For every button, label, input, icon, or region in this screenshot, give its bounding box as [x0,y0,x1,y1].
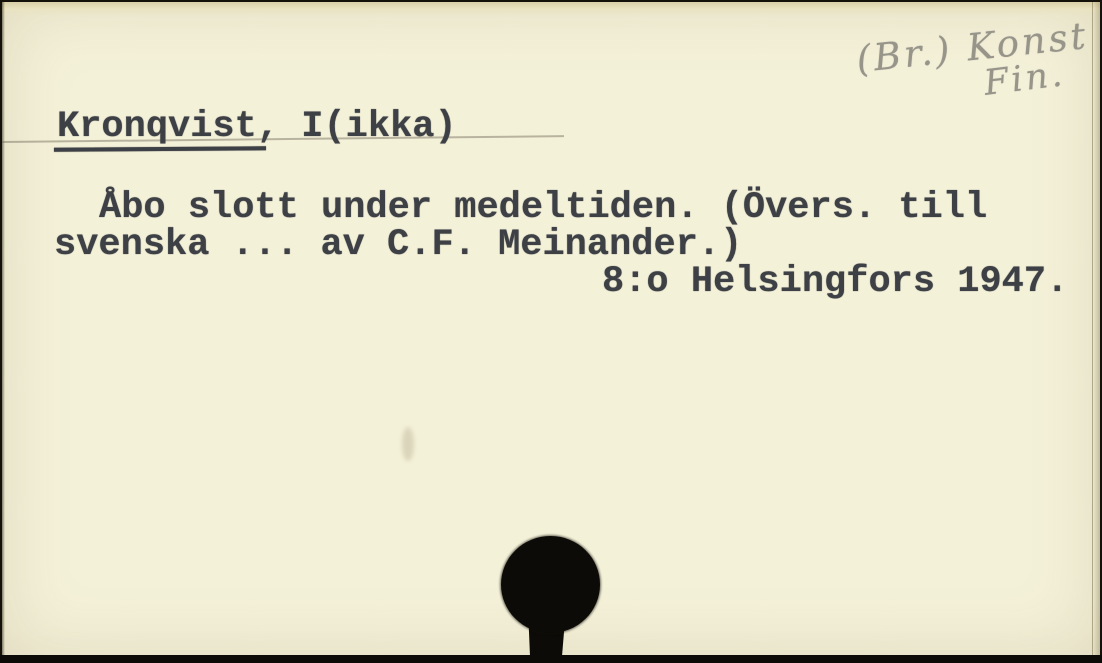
card-right-edge [1092,2,1100,656]
card-bottom-edge [0,655,1102,663]
card-top-edge [2,2,1100,16]
punch-hole [501,536,600,633]
card-left-edge [2,2,5,656]
catalog-card-scan: (Br.) Konst Fin. Kronqvist, I(ikka) Åbo … [0,0,1102,663]
heading-surname: Kronqvist [57,106,257,148]
body-line-1: Åbo slott under medeltiden. (Övers. till [99,190,987,227]
imprint-line: 8:o Helsingfors 1947. [602,264,1068,301]
body-line-2: svenska ... av C.F. Meinander.) [54,227,742,264]
pencil-classification-line-2: Fin. [982,54,1067,104]
smudge-mark [402,427,414,461]
card-heading: Kronqvist, I(ikka) [57,109,457,146]
heading-remainder: , I(ikka) [257,106,457,148]
typed-underline [54,146,266,151]
